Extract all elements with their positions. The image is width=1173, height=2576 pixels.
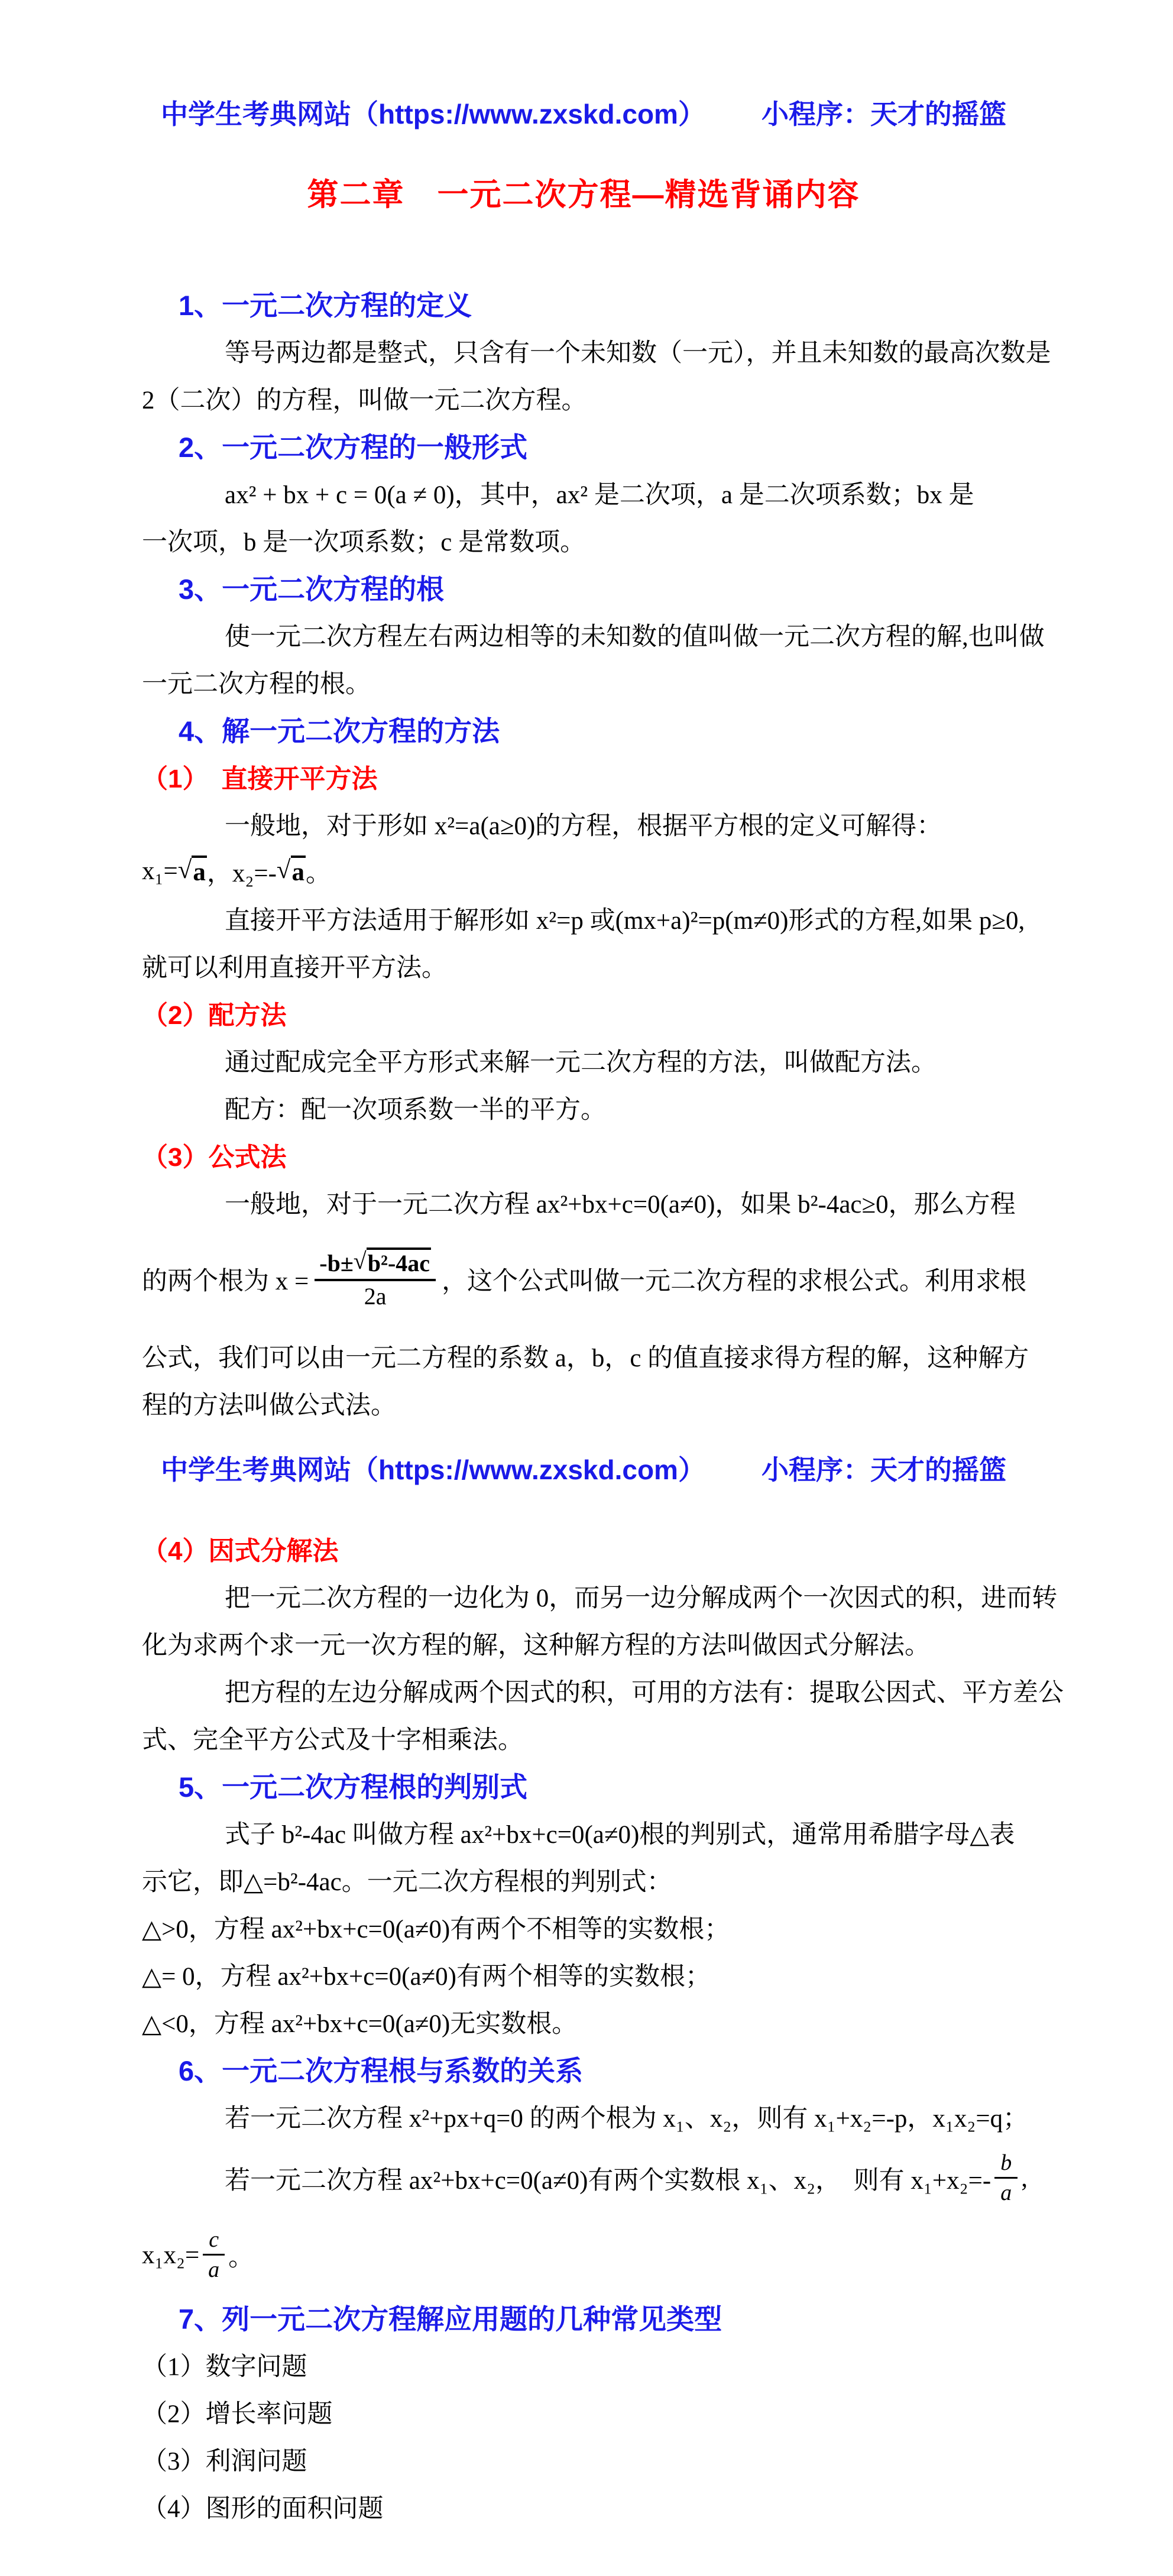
section3-heading: 3、一元二次方程的根: [142, 563, 1025, 611]
site-header-top: 中学生考典网站（https://www.zxskd.com） 小程序：天才的摇篮: [142, 89, 1025, 136]
fraction-numerator: -b±√b²-4ac: [315, 1248, 436, 1281]
application-type-1: （1）数字问题: [142, 2341, 1025, 2388]
method4-line4: 式、完全平方公式及十字相乘法。: [142, 1714, 1025, 1761]
vieta-product-post-text: 。: [228, 2237, 254, 2273]
radicand-2: a: [291, 856, 306, 887]
discriminant-zero-line: △= 0，方程 ax²+bx+c=0(a≠0)有两个相等的实数根；: [142, 1950, 1025, 1998]
radicand-1: a: [192, 856, 207, 887]
section3-line2: 一元二次方程的根。: [142, 658, 1025, 705]
miniprogram-text: 小程序：天才的摇篮: [762, 1449, 1006, 1488]
method2-line1: 通过配成完全平方形式来解一元二次方程的方法，叫做配方法。: [142, 1036, 1025, 1084]
section6-heading: 6、一元二次方程根与系数的关系: [142, 2045, 1025, 2092]
method3-heading: （3）公式法: [142, 1131, 1025, 1178]
discriminant-radicand: b²-4ac: [367, 1248, 431, 1277]
section1-heading: 1、一元二次方程的定义: [142, 280, 1025, 327]
section5-heading: 5、一元二次方程根的判别式: [142, 1761, 1025, 1809]
fraction-denominator: a: [1000, 2179, 1012, 2206]
vieta-product-line: x₁x₂= c a 。: [142, 2217, 1025, 2293]
vieta-product-pre-text: x₁x₂=: [142, 2241, 199, 2270]
quadratic-formula-fraction: -b±√b²-4ac 2a: [315, 1248, 436, 1310]
sqrt-a-2: √a: [277, 856, 306, 887]
method4-line2: 化为求两个求一元一次方程的解，这种解方程的方法叫做因式分解法。: [142, 1619, 1025, 1667]
miniprogram-text: 小程序：天才的摇篮: [762, 93, 1006, 132]
section3-line1: 使一元二次方程左右两边相等的未知数的值叫做一元二次方程的解,也叫做: [142, 611, 1025, 658]
roots-text-2: ，x₂=-: [207, 853, 277, 889]
section5-line1: 式子 b²-4ac 叫做方程 ax²+bx+c=0(a≠0)根的判别式，通常用希…: [142, 1809, 1025, 1856]
quadratic-formula-line: 的两个根为 x = -b±√b²-4ac 2a ，这个公式叫做一元二次方程的求根…: [142, 1226, 1025, 1332]
section6-line1: 若一元二次方程 x²+px+q=0 的两个根为 x₁、x₂，则有 x₁+x₂=-…: [142, 2092, 1025, 2140]
fraction-denominator: 2a: [364, 1281, 387, 1310]
roots-text-3: 。: [306, 853, 331, 889]
method3-line3: 公式，我们可以由一元二方程的系数 a，b，c 的值直接求得方程的解，这种解方: [142, 1332, 1025, 1379]
application-type-4: （4）图形的面积问题: [142, 2483, 1025, 2530]
document-page: 中学生考典网站（https://www.zxskd.com） 小程序：天才的摇篮…: [0, 0, 1173, 2576]
sqrt-discriminant: √b²-4ac: [354, 1248, 431, 1277]
site-header-middle: 中学生考典网站（https://www.zxskd.com） 小程序：天才的摇篮: [142, 1444, 1025, 1492]
c-over-a-fraction: c a: [203, 2227, 225, 2283]
formula-post-text: ，这个公式叫做一元二次方程的求根公式。利用求根: [442, 1261, 1026, 1297]
fraction-numerator: c: [203, 2227, 225, 2256]
numerator-prefix: -b±: [319, 1250, 354, 1277]
method4-heading: （4）因式分解法: [142, 1525, 1025, 1572]
method2-line2: 配方：配一次项系数一半的平方。: [142, 1084, 1025, 1131]
method1-line3: 直接开平方法适用于解形如 x²=p 或(mx+a)²=p(m≠0)形式的方程,如…: [142, 895, 1025, 942]
radical-sign-icon: √: [277, 856, 291, 884]
method1-line4: 就可以利用直接开平方法。: [142, 942, 1025, 989]
application-type-3: （3）利润问题: [142, 2435, 1025, 2483]
vieta-sum-pre-text: 若一元二次方程 ax²+bx+c=0(a≠0)有两个实数根 x₁、x₂， 则有 …: [225, 2160, 991, 2196]
radical-sign-icon: √: [178, 856, 192, 884]
site-url-text: 中学生考典网站（https://www.zxskd.com）: [161, 1449, 705, 1488]
b-over-a-fraction: b a: [994, 2150, 1018, 2206]
method4-line1: 把一元二次方程的一边化为 0，而另一边分解成两个一次因式的积，进而转: [142, 1572, 1025, 1619]
method1-heading: （1） 直接开平方法: [142, 753, 1025, 800]
section1-line2: 2（二次）的方程，叫做一元二次方程。: [142, 374, 1025, 422]
method4-line3: 把方程的左边分解成两个因式的积，可用的方法有：提取公因式、平方差公: [142, 1667, 1025, 1714]
application-type-2: （2）增长率问题: [142, 2388, 1025, 2435]
method2-heading: （2）配方法: [142, 989, 1025, 1036]
section2-heading: 2、一元二次方程的一般形式: [142, 422, 1025, 469]
method1-roots-line: x₁=√a，x₂=-√a。: [142, 847, 1025, 895]
vieta-sum-post-text: ,: [1021, 2164, 1028, 2193]
section2-line2: 一次项，b 是一次项系数；c 是常数项。: [142, 516, 1025, 563]
radical-sign-icon: √: [354, 1248, 367, 1275]
fraction-denominator: a: [208, 2256, 219, 2283]
section5-line2: 示它，即△=b²-4ac。一元二次方程根的判别式：: [142, 1856, 1025, 1903]
vieta-sum-line: 若一元二次方程 ax²+bx+c=0(a≠0)有两个实数根 x₁、x₂， 则有 …: [142, 2140, 1025, 2217]
method3-line1: 一般地，对于一元二次方程 ax²+bx+c=0(a≠0)，如果 b²-4ac≥0…: [142, 1178, 1025, 1226]
sqrt-a-1: √a: [178, 856, 207, 887]
section7-heading: 7、列一元二次方程解应用题的几种常见类型: [142, 2293, 1025, 2341]
site-url-text: 中学生考典网站（https://www.zxskd.com）: [161, 93, 705, 132]
fraction-numerator: b: [994, 2150, 1018, 2179]
method3-line4: 程的方法叫做公式法。: [142, 1379, 1025, 1427]
method1-line1: 一般地，对于形如 x²=a(a≥0)的方程，根据平方根的定义可解得：: [142, 800, 1025, 847]
discriminant-positive-line: △>0，方程 ax²+bx+c=0(a≠0)有两个不相等的实数根；: [142, 1903, 1025, 1950]
formula-pre-text: 的两个根为 x =: [142, 1261, 309, 1297]
section4-heading: 4、解一元二次方程的方法: [142, 705, 1025, 753]
section1-line1: 等号两边都是整式，只含有一个未知数（一元），并且未知数的最高次数是: [142, 327, 1025, 374]
roots-text-1: x₁=: [142, 857, 178, 886]
page-title: 第二章 一元二次方程—精选背诵内容: [142, 169, 1025, 216]
discriminant-negative-line: △<0，方程 ax²+bx+c=0(a≠0)无实数根。: [142, 1998, 1025, 2045]
section2-line1: ax² + bx + c = 0(a ≠ 0)，其中，ax² 是二次项，a 是二…: [142, 469, 1025, 516]
